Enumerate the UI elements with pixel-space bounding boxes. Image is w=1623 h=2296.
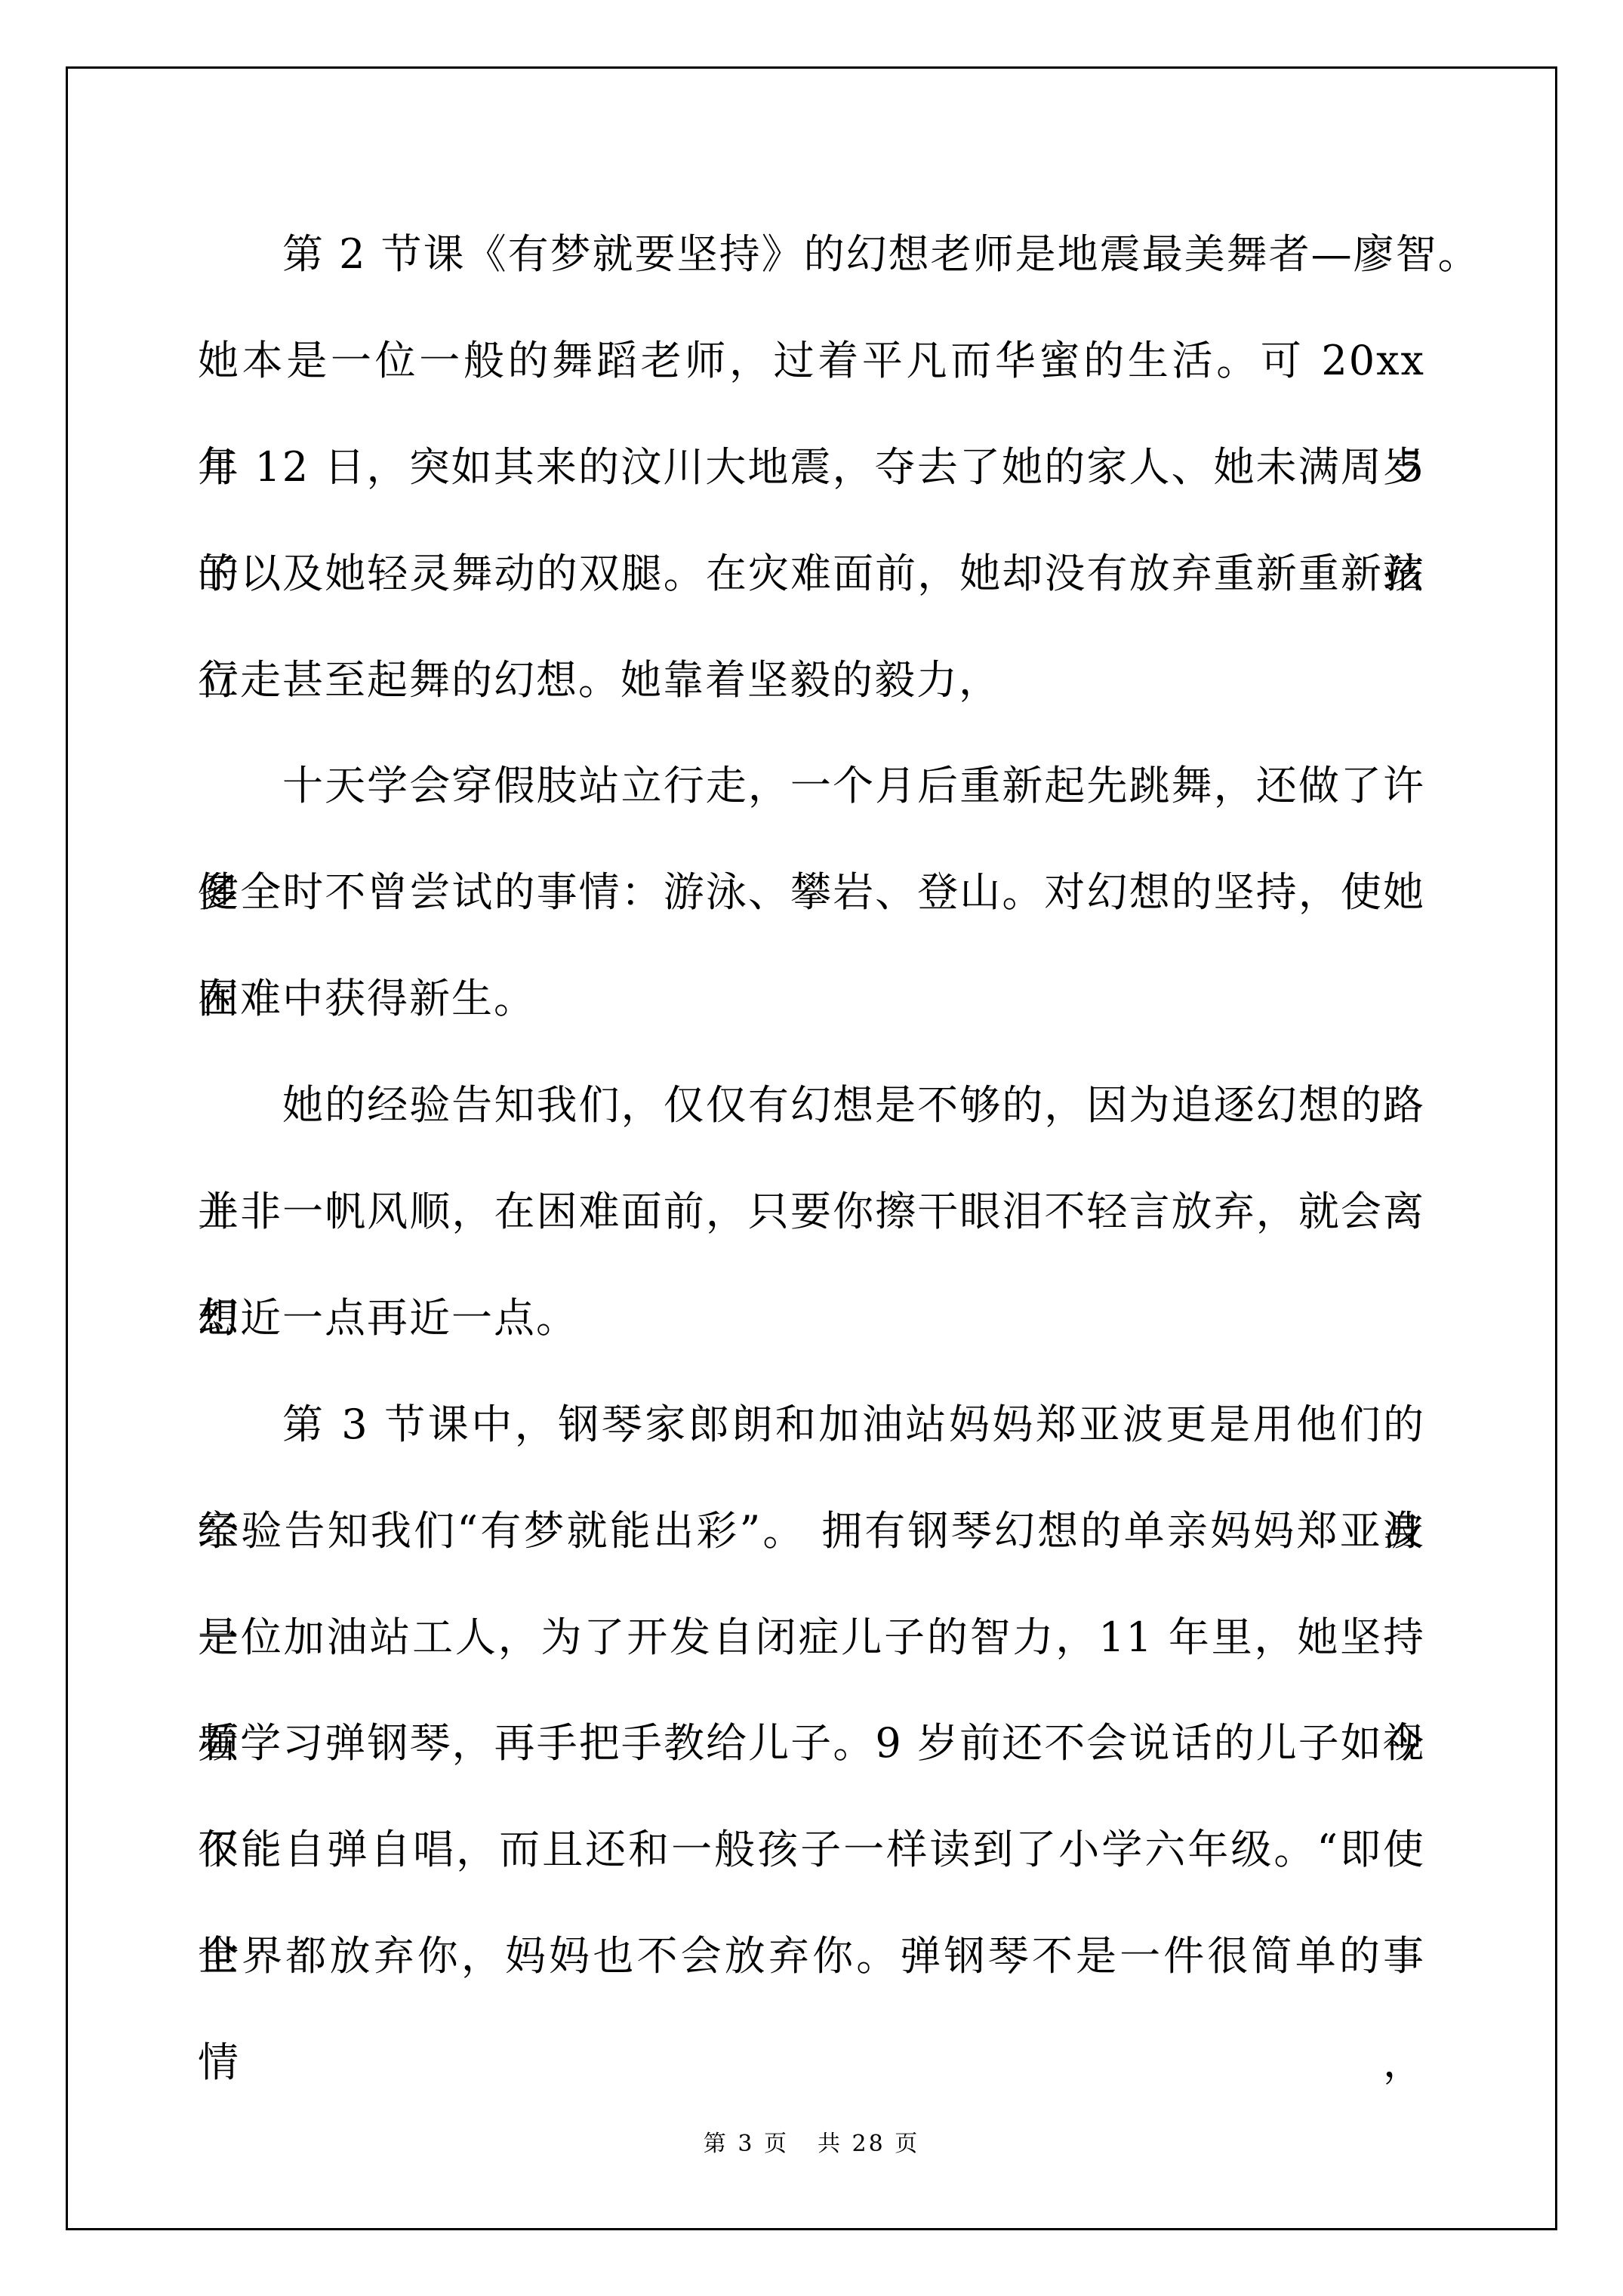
text-line: 经验告知我们“有梦就能出彩”。 拥有钢琴幻想的单亲妈妈郑亚波是: [198, 1478, 1425, 1585]
text-line: 仅能自弹自唱，而且还和一般孩子一样读到了小学六年级。“即使全: [198, 1797, 1425, 1903]
text-line: 世界都放弃你，妈妈也不会放弃你。弹钢琴不是一件很简单的事情，: [198, 1903, 1425, 2010]
text-line: 频学习弹钢琴，再手把手教给儿子。9 岁前还不会说话的儿子如今不: [198, 1690, 1425, 1797]
text-line: 她的经验告知我们，仅仅有幻想是不够的，因为追逐幻想的路上: [198, 1052, 1425, 1159]
page-footer: 第 3 页共 28 页: [66, 2123, 1557, 2165]
document-body: 第 2 节课《有梦就要坚持》的幻想老师是地震最美舞者—廖智。她本是一位一般的舞蹈…: [198, 202, 1425, 2010]
text-line: 困难中获得新生。: [198, 946, 1425, 1052]
text-line: 一位加油站工人，为了开发自闭症儿子的智力，11 年里，她坚持看视: [198, 1585, 1425, 1691]
text-line: 子以及她轻灵舞动的双腿。在灾难面前，她却没有放弃重新重新站立: [198, 521, 1425, 627]
text-line: 并非一帆风顺，在困难面前，只要你擦干眼泪不轻言放弃，就会离幻: [198, 1159, 1425, 1265]
footer-total-pages: 共 28 页: [818, 2123, 919, 2165]
document-page: { "document": { "lines": [ { "text": "第 …: [0, 0, 1623, 2296]
text-line: 想近一点再近一点。: [198, 1265, 1425, 1372]
text-line: 她本是一位一般的舞蹈老师，过着平凡而华蜜的生活。可 20xx 年 5: [198, 308, 1425, 415]
text-line: 月 12 日，突如其来的汶川大地震，夺去了她的家人、她未满周岁的孩: [198, 415, 1425, 521]
text-line: 十天学会穿假肢站立行走，一个月后重新起先跳舞，还做了许多: [198, 733, 1425, 840]
footer-page-number: 第 3 页: [704, 2123, 789, 2165]
text-line: 第 3 节课中，钢琴家郎朗和加油站妈妈郑亚波更是用他们的亲身: [198, 1372, 1425, 1478]
text-line: 行走甚至起舞的幻想。她靠着坚毅的毅力，: [198, 627, 1425, 734]
text-line: 健全时不曾尝试的事情：游泳、攀岩、登山。对幻想的坚持，使她在: [198, 840, 1425, 946]
text-line: 第 2 节课《有梦就要坚持》的幻想老师是地震最美舞者—廖智。: [198, 202, 1425, 308]
